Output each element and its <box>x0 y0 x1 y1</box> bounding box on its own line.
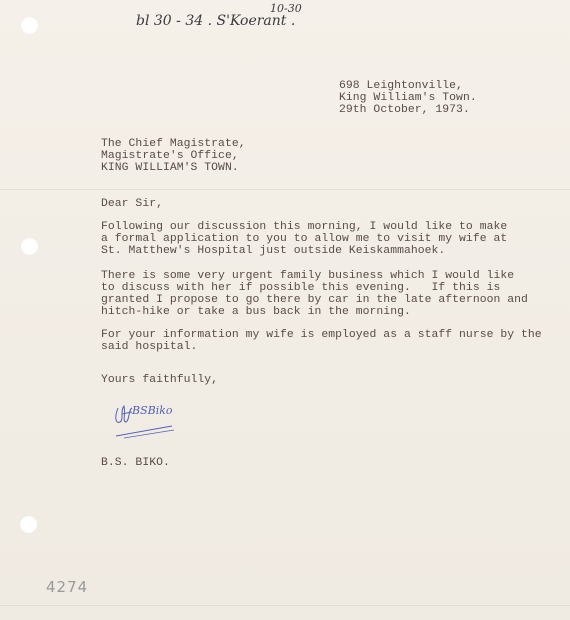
recipient-line-1: The Chief Magistrate, <box>101 139 246 151</box>
paragraph-2-line-2: to discuss with her if possible this eve… <box>101 283 500 295</box>
recipient-line-2: Magistrate's Office, <box>101 151 239 163</box>
sender-address-line-2: King William's Town. <box>339 93 477 105</box>
letter-page: bl 30 - 34 . S'Koerant . 10-30 698 Leigh… <box>0 0 570 620</box>
salutation: Dear Sir, <box>101 199 163 211</box>
signature-text: BSBiko <box>132 404 173 417</box>
fold-line <box>0 189 570 190</box>
paragraph-2-line-1: There is some very urgent family busines… <box>101 271 514 283</box>
signature: BSBiko <box>112 400 182 440</box>
handwritten-time: 10-30 <box>270 2 302 15</box>
sender-address-line-1: 698 Leightonville, <box>339 81 463 93</box>
paragraph-1-line-3: St. Matthew's Hospital just outside Keis… <box>101 246 445 258</box>
paragraph-3-line-1: For your information my wife is employed… <box>101 330 542 342</box>
paragraph-2-line-4: hitch-hike or take a bus back in the mor… <box>101 307 411 319</box>
punch-hole-middle <box>21 238 38 255</box>
punch-hole-bottom <box>20 516 37 533</box>
paragraph-1-line-2: a formal application to you to allow me … <box>101 234 507 246</box>
paragraph-3-line-2: said hospital. <box>101 342 197 354</box>
recipient-line-3: KING WILLIAM'S TOWN. <box>101 163 239 175</box>
archive-number: 4274 <box>46 578 88 596</box>
fold-line-bottom <box>0 605 570 606</box>
paragraph-2-line-3: granted I propose to go there by car in … <box>101 295 528 307</box>
letter-date: 29th October, 1973. <box>339 105 470 117</box>
closing: Yours faithfully, <box>101 375 218 387</box>
paragraph-1-line-1: Following our discussion this morning, I… <box>101 222 507 234</box>
signatory-name: B.S. BIKO. <box>101 458 170 470</box>
handwritten-reference: bl 30 - 34 . S'Koerant . <box>136 13 295 29</box>
punch-hole-top <box>21 17 38 34</box>
